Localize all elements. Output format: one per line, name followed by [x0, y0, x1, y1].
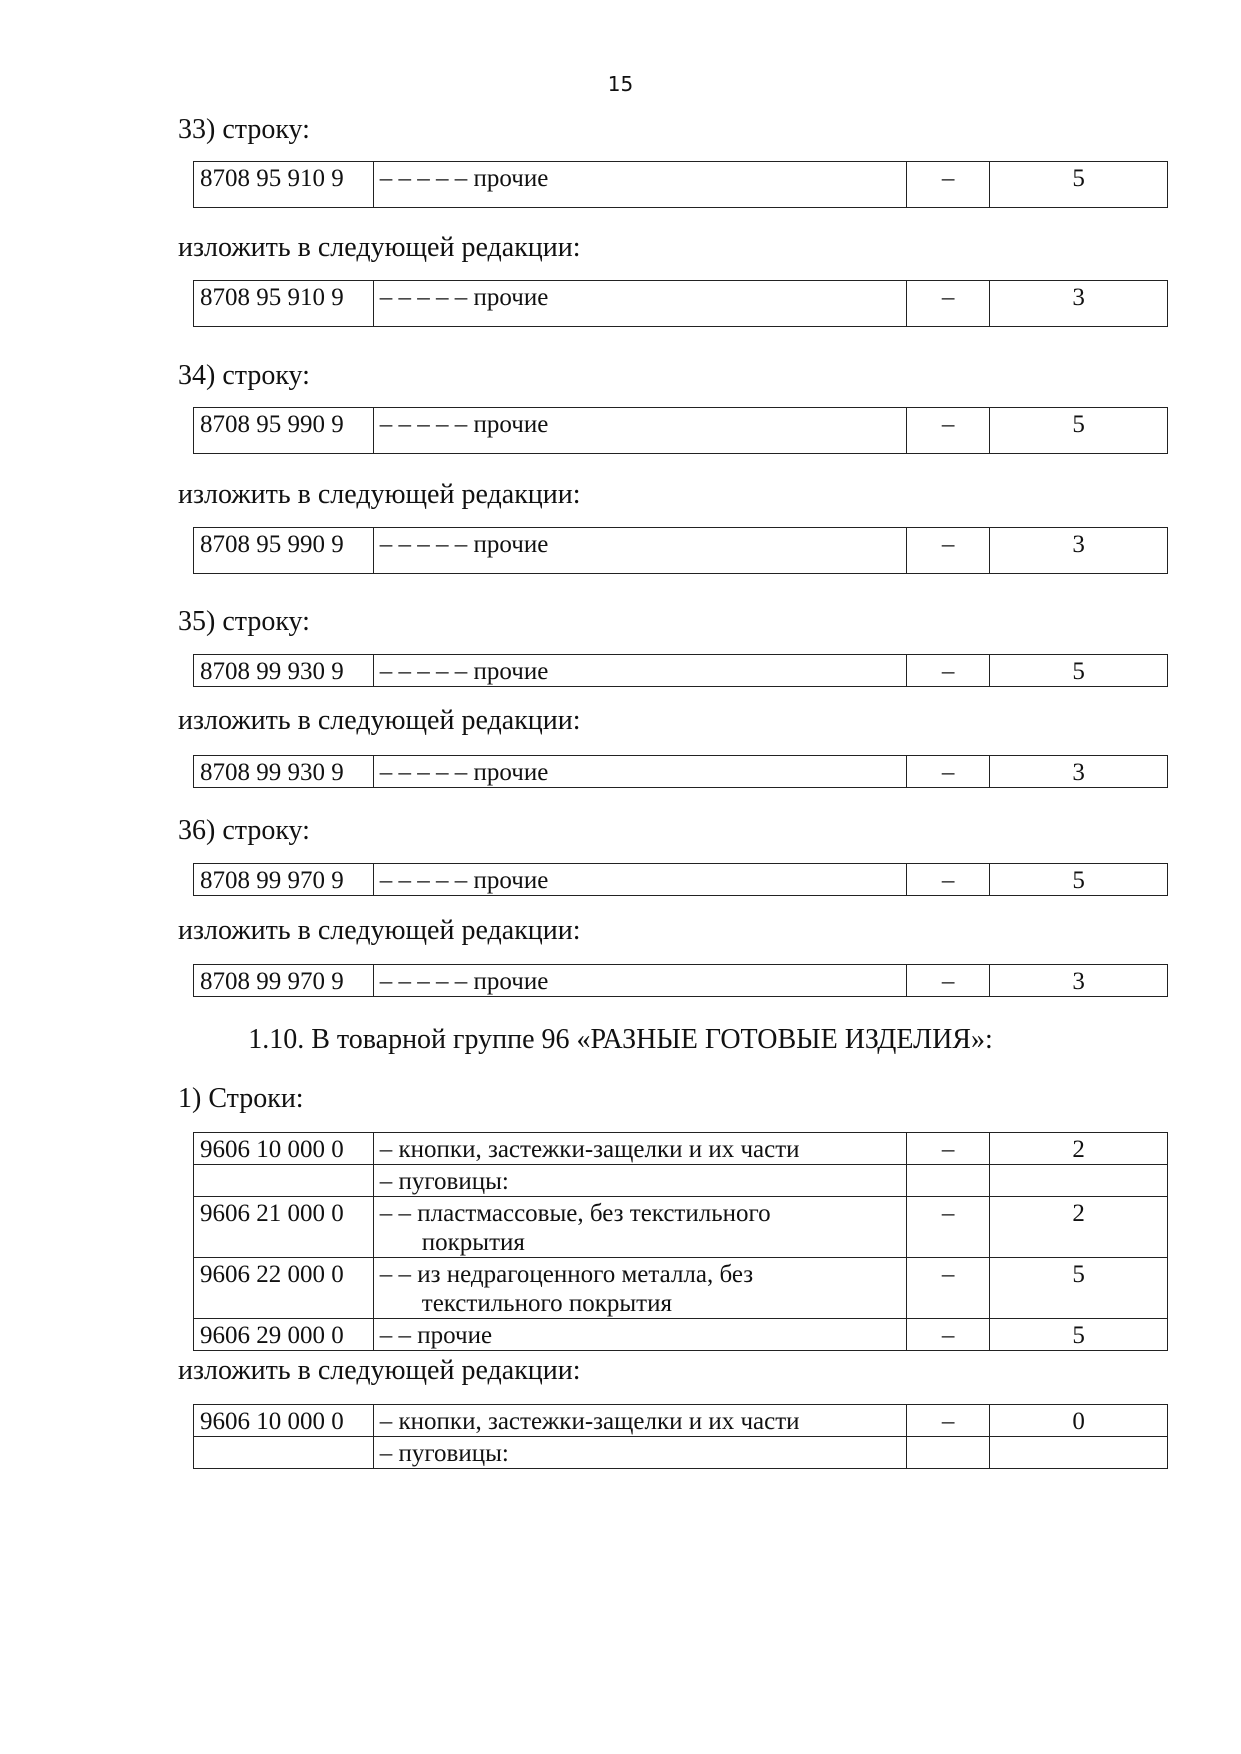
tariff-code: 8708 95 910 9 [194, 281, 374, 327]
table-row: 9606 10 000 0 – кнопки, застежки-защелки… [194, 1405, 1168, 1437]
tariff-code: 9606 22 000 0 [194, 1258, 374, 1319]
unit: – [906, 1258, 989, 1319]
group96-new-table: 9606 10 000 0 – кнопки, застежки-защелки… [193, 1404, 1168, 1469]
description: – – из недрагоценного металла, без текст… [373, 1258, 906, 1319]
table-row: 8708 95 910 9 – – – – – прочие – 5 [194, 162, 1168, 208]
unit: – [906, 756, 989, 788]
item-34-new-table: 8708 95 990 9 – – – – – прочие – 3 [193, 527, 1168, 574]
tariff-code: 9606 21 000 0 [194, 1197, 374, 1258]
item-34-new-label: изложить в следующей редакции: [178, 479, 581, 511]
unit: – [906, 655, 989, 687]
unit: – [906, 281, 989, 327]
duty-rate: 2 [990, 1133, 1168, 1165]
tariff-code: 8708 99 930 9 [194, 756, 374, 788]
item-33-old-table: 8708 95 910 9 – – – – – прочие – 5 [193, 161, 1168, 208]
table-row: 8708 95 990 9 – – – – – прочие – 5 [194, 408, 1168, 454]
unit: – [906, 1405, 989, 1437]
table-row: 8708 95 910 9 – – – – – прочие – 3 [194, 281, 1168, 327]
item-35-new-label: изложить в следующей редакции: [178, 705, 581, 737]
group96-new-label: изложить в следующей редакции: [178, 1355, 581, 1387]
table-row: 8708 99 970 9 – – – – – прочие – 3 [194, 965, 1168, 997]
duty-rate: 5 [990, 1258, 1168, 1319]
duty-rate: 5 [990, 408, 1168, 454]
tariff-code: 8708 95 990 9 [194, 408, 374, 454]
duty-rate: 3 [990, 965, 1168, 997]
tariff-code: 8708 99 930 9 [194, 655, 374, 687]
duty-rate: 0 [990, 1405, 1168, 1437]
description-line-2: текстильного покрытия [380, 1289, 900, 1318]
description-line-2: покрытия [380, 1228, 900, 1257]
table-row: 9606 21 000 0 – – пластмассовые, без тек… [194, 1197, 1168, 1258]
description-line-1: – – пластмассовые, без текстильного [380, 1200, 771, 1227]
table-row: 8708 99 970 9 – – – – – прочие – 5 [194, 864, 1168, 896]
description-line-1: – – из недрагоценного металла, без [380, 1261, 753, 1288]
description: – пуговицы: [373, 1437, 906, 1469]
item-33-new-label: изложить в следующей редакции: [178, 232, 581, 264]
description: – кнопки, застежки-защелки и их части [373, 1405, 906, 1437]
tariff-code: 8708 95 910 9 [194, 162, 374, 208]
table-row: 9606 29 000 0 – – прочие – 5 [194, 1319, 1168, 1351]
unit: – [906, 1133, 989, 1165]
description: – – – – – прочие [373, 281, 906, 327]
table-row: 8708 99 930 9 – – – – – прочие – 5 [194, 655, 1168, 687]
description: – – – – – прочие [373, 162, 906, 208]
item-36-new-label: изложить в следующей редакции: [178, 915, 581, 947]
tariff-code [194, 1165, 374, 1197]
table-row: – пуговицы: [194, 1165, 1168, 1197]
unit: – [906, 864, 989, 896]
unit [906, 1437, 989, 1469]
description: – – – – – прочие [373, 756, 906, 788]
item-36-label: 36) строку: [178, 815, 310, 847]
duty-rate: 5 [990, 1319, 1168, 1351]
tariff-code: 9606 29 000 0 [194, 1319, 374, 1351]
duty-rate: 2 [990, 1197, 1168, 1258]
description: – – прочие [373, 1319, 906, 1351]
tariff-code: 8708 99 970 9 [194, 864, 374, 896]
item-35-new-table: 8708 99 930 9 – – – – – прочие – 3 [193, 755, 1168, 788]
item-36-new-table: 8708 99 970 9 – – – – – прочие – 3 [193, 964, 1168, 997]
duty-rate [990, 1437, 1168, 1469]
unit: – [906, 965, 989, 997]
table-row: 8708 95 990 9 – – – – – прочие – 3 [194, 528, 1168, 574]
unit [906, 1165, 989, 1197]
item-34-old-table: 8708 95 990 9 – – – – – прочие – 5 [193, 407, 1168, 454]
tariff-code: 8708 95 990 9 [194, 528, 374, 574]
unit: – [906, 408, 989, 454]
duty-rate: 3 [990, 281, 1168, 327]
duty-rate [990, 1165, 1168, 1197]
item-35-old-table: 8708 99 930 9 – – – – – прочие – 5 [193, 654, 1168, 687]
table-row: 8708 99 930 9 – – – – – прочие – 3 [194, 756, 1168, 788]
description: – – – – – прочие [373, 864, 906, 896]
description: – кнопки, застежки-защелки и их части [373, 1133, 906, 1165]
group96-old-table: 9606 10 000 0 – кнопки, застежки-защелки… [193, 1132, 1168, 1351]
tariff-code [194, 1437, 374, 1469]
group96-label: 1) Строки: [178, 1083, 304, 1115]
item-35-label: 35) строку: [178, 606, 310, 638]
item-33-label: 33) строку: [178, 114, 310, 146]
unit: – [906, 528, 989, 574]
section-heading: 1.10. В товарной группе 96 «РАЗНЫЕ ГОТОВ… [0, 1024, 1241, 1056]
description: – – – – – прочие [373, 965, 906, 997]
tariff-code: 9606 10 000 0 [194, 1405, 374, 1437]
duty-rate: 3 [990, 528, 1168, 574]
unit: – [906, 162, 989, 208]
description: – пуговицы: [373, 1165, 906, 1197]
duty-rate: 5 [990, 655, 1168, 687]
duty-rate: 5 [990, 864, 1168, 896]
table-row: 9606 22 000 0 – – из недрагоценного мета… [194, 1258, 1168, 1319]
description: – – – – – прочие [373, 408, 906, 454]
duty-rate: 3 [990, 756, 1168, 788]
item-34-label: 34) строку: [178, 360, 310, 392]
item-36-old-table: 8708 99 970 9 – – – – – прочие – 5 [193, 863, 1168, 896]
description: – – – – – прочие [373, 655, 906, 687]
unit: – [906, 1319, 989, 1351]
table-row: 9606 10 000 0 – кнопки, застежки-защелки… [194, 1133, 1168, 1165]
unit: – [906, 1197, 989, 1258]
tariff-code: 9606 10 000 0 [194, 1133, 374, 1165]
duty-rate: 5 [990, 162, 1168, 208]
page-number: 15 [0, 72, 1241, 96]
tariff-code: 8708 99 970 9 [194, 965, 374, 997]
table-row: – пуговицы: [194, 1437, 1168, 1469]
item-33-new-table: 8708 95 910 9 – – – – – прочие – 3 [193, 280, 1168, 327]
description: – – пластмассовые, без текстильного покр… [373, 1197, 906, 1258]
description: – – – – – прочие [373, 528, 906, 574]
